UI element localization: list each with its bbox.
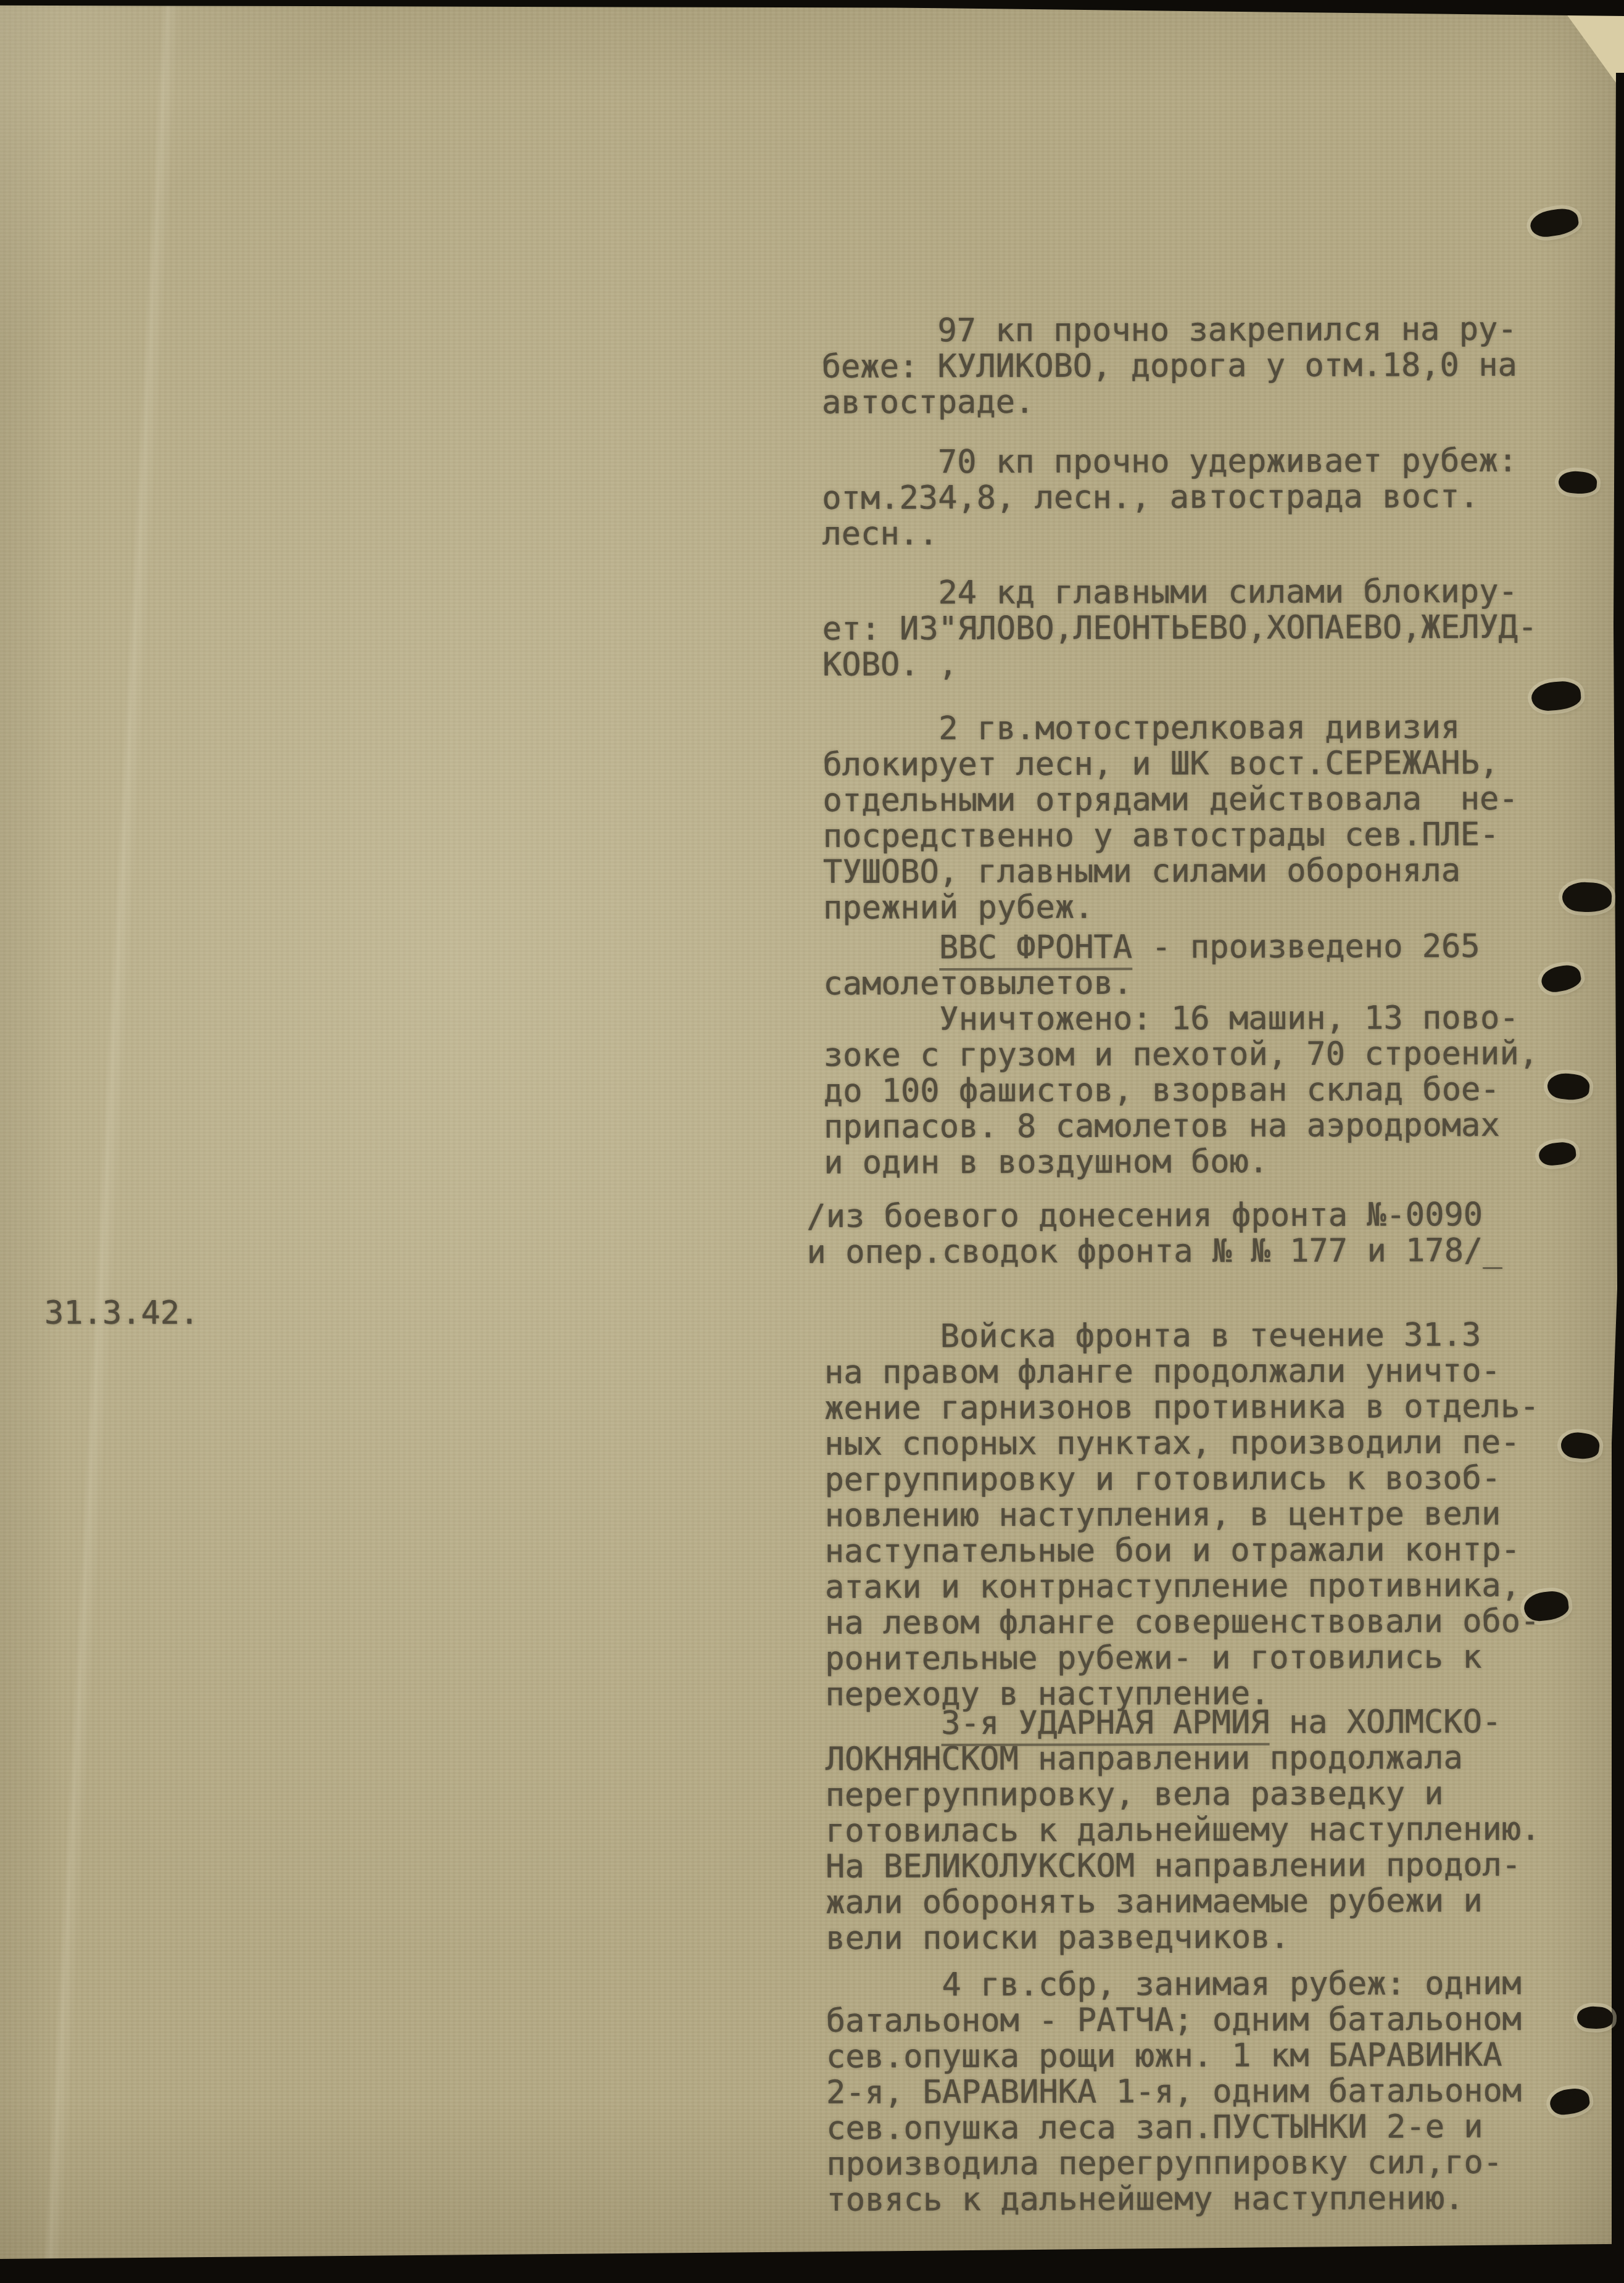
typed-line: Войска фронта в течение 31.3 <box>824 1316 1565 1354</box>
typed-line: батальоном - РАТЧА; одним батальоном <box>826 2000 1567 2038</box>
typed-line: вели поиски разведчиков. <box>826 1918 1566 1955</box>
document-body: 97 кп прочно закрепился на ру-беже: КУЛИ… <box>821 0 1567 2283</box>
typed-line: наступательные бои и отражали контр- <box>825 1531 1565 1568</box>
typed-line: На ВЕЛИКОЛУКСКОМ направлении продол- <box>826 1846 1566 1884</box>
typed-line: Уничтожено: 16 машин, 13 пово- <box>823 999 1564 1037</box>
typed-line: ТУШОВО, главными силами обороняла <box>823 851 1564 889</box>
typed-line: сев.опушка леса зап.ПУСТЫНКИ 2-е и <box>826 2108 1567 2145</box>
typed-line: перегруппировку, вела разведку и <box>826 1775 1566 1812</box>
typed-line: ронительные рубежи- и готовились к <box>825 1638 1565 1676</box>
typed-line: ных спорных пунктах, производили пе- <box>824 1423 1565 1461</box>
margin-date: 31.3.42. <box>44 1295 199 1332</box>
para-2gv-msd: 2 гв.мотострелковая дивизияблокирует лес… <box>822 708 1564 925</box>
typed-line: самолетовылетов. <box>823 963 1564 1001</box>
typed-line: 70 кп прочно удерживает рубеж: <box>822 442 1562 479</box>
typed-line: ет: ИЗ"ЯЛОВО,ЛЕОНТЬЕВО,ХОПАЕВО,ЖЕЛУД- <box>822 608 1563 646</box>
para-3-udarnaya: 3-я УДАРНАЯ АРМИЯ на ХОЛМСКО-ЛОКНЯНСКОМ … <box>825 1703 1566 1955</box>
typed-line: готовилась к дальнейшему наступлению. <box>826 1810 1566 1848</box>
punch-hole <box>1559 1430 1601 1461</box>
para-97kp: 97 кп прочно закрепился на ру-беже: КУЛИ… <box>821 310 1562 420</box>
punch-hole <box>1576 2005 1614 2030</box>
typed-line: производила перегруппировку сил,го- <box>826 2144 1567 2181</box>
scan-page: 31.3.42. 97 кп прочно закрепился на ру-б… <box>0 0 1624 2283</box>
typed-line: товясь к дальнейшему наступлению. <box>826 2179 1567 2217</box>
para-voyska-fronta: Войска фронта в течение 31.3на правом фл… <box>824 1316 1566 1712</box>
typed-line: зоке с грузом и пехотой, 70 строений, <box>824 1035 1564 1072</box>
typed-line: отдельными отрядами действовала не- <box>822 780 1563 818</box>
para-4gv-sbr: 4 гв.сбр, занимая рубеж: однимбатальоном… <box>826 1965 1567 2217</box>
typed-line: на левом фланге совершенствовали обо- <box>825 1602 1565 1640</box>
para-24kd: 24 кд главными силами блокиру-ет: ИЗ"ЯЛО… <box>822 573 1563 682</box>
typed-line: ВВС ФРОНТА - произведено 265 <box>823 927 1564 965</box>
typed-line: автостраде. <box>822 382 1562 420</box>
typed-line: и опер.сводок фронта № № 177 и 178/_ <box>806 1232 1547 1270</box>
typed-line: блокирует лесн, и ШК вост.СЕРЕЖАНЬ, <box>822 744 1563 782</box>
typed-line: ЛОКНЯНСКОМ направлении продолжала <box>826 1739 1566 1776</box>
typed-line: 24 кд главными силами блокиру- <box>822 573 1563 610</box>
punch-hole <box>1562 881 1612 913</box>
typed-line: 97 кп прочно закрепился на ру- <box>821 310 1562 348</box>
typed-line: КОВО. , <box>822 644 1563 682</box>
typed-line: и один в воздушном бою. <box>824 1142 1564 1180</box>
typed-line: сев.опушка рощи южн. 1 км БАРАВИНКА <box>826 2036 1567 2074</box>
typed-line: жали оборонять занимаемые рубежи и <box>826 1882 1566 1920</box>
typed-line: отм.234,8, лесн., автострада вост. <box>822 478 1562 515</box>
typed-line: 2-я, БАРАВИНКА 1-я, одним батальоном <box>826 2072 1567 2110</box>
typed-line: новлению наступления, в центре вели <box>825 1495 1565 1533</box>
typed-line: прежний рубеж. <box>823 887 1564 925</box>
typed-line: /из боевого донесения фронта №-0090 <box>806 1196 1547 1234</box>
typed-line: жение гарнизонов противника в отдель- <box>824 1388 1565 1425</box>
typed-line: 3-я УДАРНАЯ АРМИЯ на ХОЛМСКО- <box>825 1703 1565 1741</box>
para-source-note: /из боевого донесения фронта №-0090и опе… <box>806 1196 1547 1270</box>
page-edge-right <box>1612 73 1624 2283</box>
typed-line: атаки и контрнаступление противника, <box>825 1567 1565 1604</box>
typed-line: регруппировку и готовились к возоб- <box>824 1459 1565 1497</box>
typed-line: до 100 фашистов, взорван склад бое- <box>824 1071 1564 1108</box>
typed-line: припасов. 8 самолетов на аэродромах <box>824 1106 1564 1144</box>
punch-hole <box>1558 470 1598 495</box>
typed-line: 4 гв.сбр, занимая рубеж: одним <box>826 1965 1566 2002</box>
typed-line: на правом фланге продолжали уничто- <box>824 1352 1565 1390</box>
typed-line: посредственно у автострады сев.ПЛЕ- <box>823 816 1564 853</box>
typed-line: 2 гв.мотострелковая дивизия <box>822 708 1563 746</box>
typed-line: лесн.. <box>822 513 1562 551</box>
typed-line: беже: КУЛИКОВО, дорога у отм.18,0 на <box>822 346 1562 384</box>
para-vvs-fronta: ВВС ФРОНТА - произведено 265самолетовыле… <box>823 927 1564 1180</box>
para-70kp: 70 кп прочно удерживает рубеж:отм.234,8,… <box>822 442 1562 551</box>
